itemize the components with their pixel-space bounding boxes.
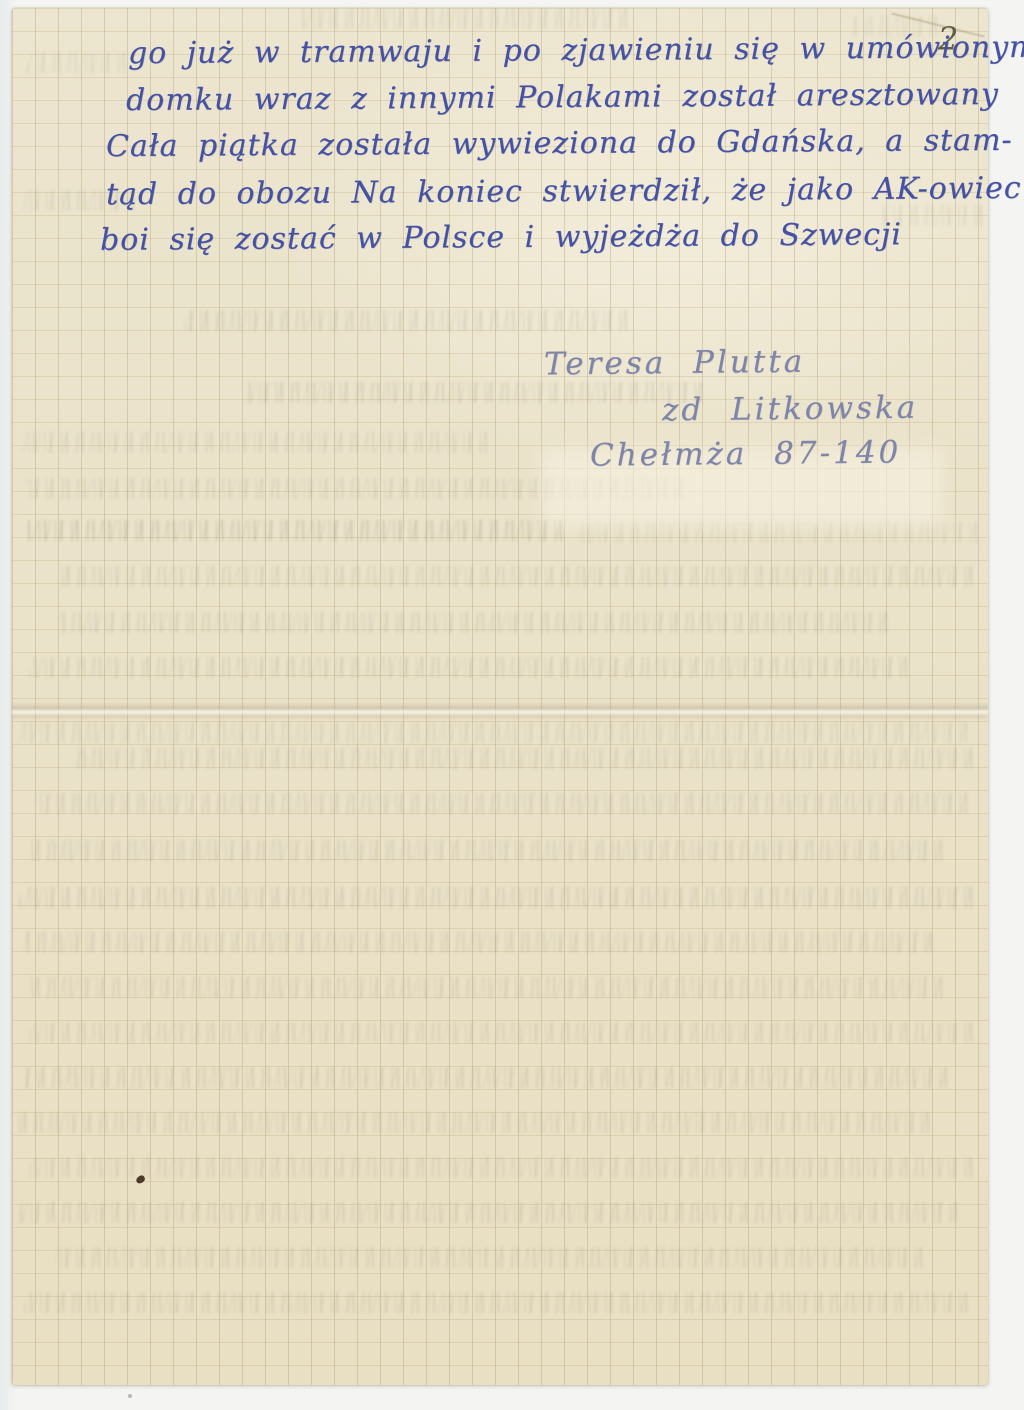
bleedthrough-line: [19, 887, 976, 908]
bleedthrough-line: [27, 52, 129, 73]
signature-name: Teresa Plutta: [544, 344, 806, 383]
bleedthrough-line: [54, 566, 976, 587]
bleedthrough-line: [29, 1157, 976, 1178]
bleedthrough-line: [24, 1067, 951, 1088]
dust-speck: [128, 1394, 132, 1398]
bleedthrough-line: [24, 932, 936, 953]
bleedthrough-line: [24, 1292, 971, 1313]
bleedthrough-line: [244, 382, 706, 403]
graph-paper-grid: [12, 8, 988, 1385]
bleedthrough-line: [299, 8, 631, 29]
letter-page: 2 go już w tramwaju i po zjawieniu się w…: [12, 8, 988, 1385]
bleedthrough-line: [19, 1202, 961, 1223]
handwritten-line-4: tąd do obozu Na koniec stwierdził, że ja…: [106, 170, 1022, 214]
bleedthrough-line: [19, 722, 971, 743]
handwritten-line-3: Cała piątka została wywieziona do Gdańsk…: [106, 122, 1013, 166]
bleedthrough-line: [69, 748, 976, 769]
handwritten-line-2: domku wraz z innymi Polakami został ares…: [126, 76, 999, 120]
scanned-letter-background: 2 go już w tramwaju i po zjawieniu się w…: [0, 0, 1024, 1410]
signature-address: Chełmża 87-140: [590, 434, 902, 473]
handwritten-line-5: boi się zostać w Polsce i wyjeżdża do Sz…: [100, 216, 902, 260]
bleedthrough-line: [34, 793, 971, 814]
bleedthrough-line: [29, 977, 946, 998]
signature-maiden-name: zd Litkowska: [662, 390, 919, 429]
bleedthrough-line: [59, 612, 891, 633]
fold-crease: [12, 702, 988, 720]
bleedthrough-line: [29, 1022, 976, 1043]
bleedthrough-line: [184, 310, 631, 331]
bleedthrough-line: [11, 1112, 933, 1133]
bleedthrough-line: [54, 1247, 926, 1268]
bleedthrough-line: [29, 840, 946, 861]
bleedthrough-line: [29, 657, 911, 678]
bleedthrough-line: [24, 520, 566, 541]
handwritten-line-1: go już w tramwaju i po zjawieniu się w u…: [128, 29, 1024, 73]
bleedthrough-line: [19, 432, 491, 453]
